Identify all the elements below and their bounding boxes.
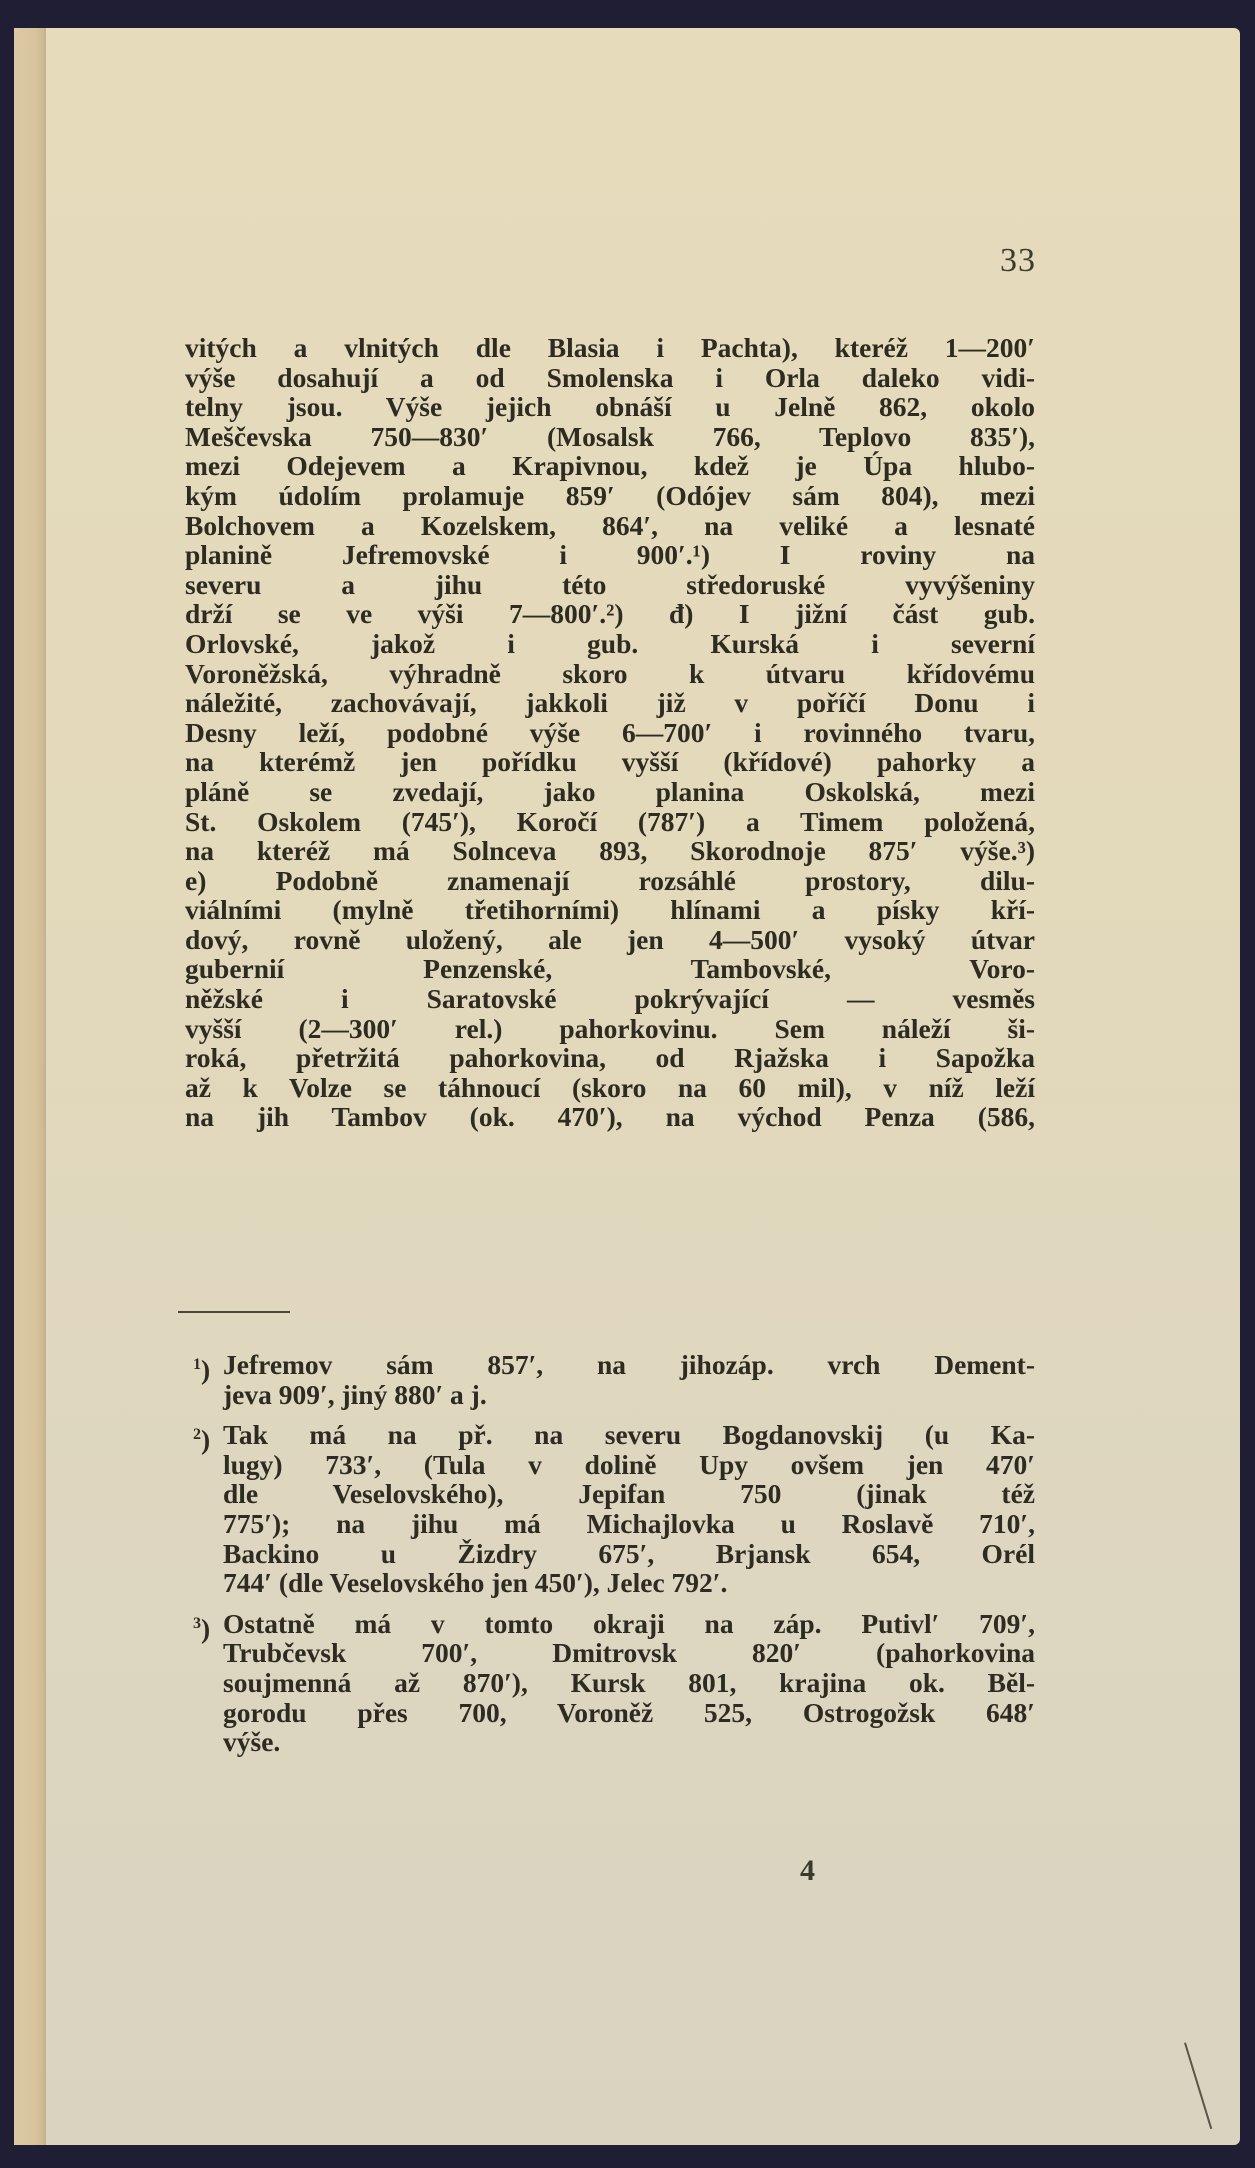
body-line: Voroněžská, výhradně skoro k útvaru kříd… <box>185 659 1035 689</box>
body-line: vyšší (2—300′ rel.) pahorkovinu. Sem nál… <box>185 1014 1035 1044</box>
footnote-marker: 3) <box>193 1609 210 1644</box>
footnote-line: 775′); na jihu má Michajlovka u Roslavě … <box>223 1509 1035 1539</box>
body-line: na kterémž jen pořídku vyšší (křídové) p… <box>185 747 1035 777</box>
footnote-line: 744′ (dle Veselovského jen 450′), Jelec … <box>223 1568 1035 1598</box>
footnote-3: 3) Ostatně má v tomto okraji na záp. Put… <box>185 1609 1035 1757</box>
body-line: až k Volze se táhnoucí (skoro na 60 mil)… <box>185 1073 1035 1103</box>
body-line: Orlovské, jakož i gub. Kurská i severní <box>185 629 1035 659</box>
body-line: e) Podobně znamenají rozsáhlé prostory, … <box>185 866 1035 896</box>
body-line: výše dosahují a od Smolenska i Orla dale… <box>185 363 1035 393</box>
footnote-line: výše. <box>223 1727 1035 1757</box>
footnote-line: Ostatně má v tomto okraji na záp. Putivl… <box>223 1609 1035 1639</box>
footnote-line: lugy) 733′, (Tula v dolině Upy ovšem jen… <box>223 1450 1035 1480</box>
footnote-line: dle Veselovského), Jepifan 750 (jinak té… <box>223 1479 1035 1509</box>
body-line: vitých a vlnitých dle Blasia i Pachta), … <box>185 333 1035 363</box>
footnote-separator <box>178 1311 290 1313</box>
body-line: na kteréž má Solnceva 893, Skorodnoje 87… <box>185 836 1035 866</box>
footnote-line: jeva 909′, jiný 880′ a j. <box>223 1380 1035 1410</box>
body-line: něžské i Saratovské pokrývající — vesměs <box>185 984 1035 1014</box>
body-line: dový, rovně uložený, ale jen 4—500′ vyso… <box>185 925 1035 955</box>
footnote-marker: 2) <box>193 1420 210 1455</box>
footnote-2: 2) Tak má na př. na severu Bogdanovskij … <box>185 1420 1035 1598</box>
footnote-line: Jefremov sám 857′, na jihozáp. vrch Deme… <box>223 1350 1035 1380</box>
body-line: Desny leží, podobné výše 6—700′ i rovinn… <box>185 718 1035 748</box>
signature-mark: 4 <box>800 1854 815 1888</box>
page-scratch-mark <box>1184 2042 1212 2129</box>
body-line: gubernií Penzenské, Tambovské, Voro- <box>185 954 1035 984</box>
footnote-line: gorodu přes 700, Voroněž 525, Ostrogožsk… <box>223 1698 1035 1728</box>
body-line: severu a jihu této středoruské vyvýšenin… <box>185 570 1035 600</box>
body-line: planině Jefremovské i 900′.¹) I roviny n… <box>185 540 1035 570</box>
body-line: pláně se zvedají, jako planina Oskolská,… <box>185 777 1035 807</box>
body-line: náležité, zachovávají, jakkoli již v poř… <box>185 688 1035 718</box>
book-page: 33 vitých a vlnitých dle Blasia i Pachta… <box>14 28 1240 2145</box>
body-line: Bolchovem a Kozelskem, 864′, na veliké a… <box>185 511 1035 541</box>
footnote-line: Tak má na př. na severu Bogdanovskij (u … <box>223 1420 1035 1450</box>
body-line: mezi Odejevem a Krapivnou, kdež je Úpa h… <box>185 451 1035 481</box>
body-line: na jih Tambov (ok. 470′), na východ Penz… <box>185 1102 1035 1132</box>
body-line: St. Oskolem (745′), Koročí (787′) a Time… <box>185 807 1035 837</box>
footnote-line: Backino u Žizdry 675′, Brjansk 654, Orél <box>223 1539 1035 1569</box>
footnote-1: 1) Jefremov sám 857′, na jihozáp. vrch D… <box>185 1350 1035 1409</box>
body-text: vitých a vlnitých dle Blasia i Pachta), … <box>185 333 1035 1132</box>
page-gutter <box>14 28 46 2145</box>
footnote-line: soujmenná až 870′), Kursk 801, krajina o… <box>223 1668 1035 1698</box>
footnote-marker: 1) <box>193 1350 210 1385</box>
body-line: roká, přetržitá pahorkovina, od Rjažska … <box>185 1043 1035 1073</box>
body-line: Meščevska 750—830′ (Mosalsk 766, Teplovo… <box>185 422 1035 452</box>
page-number: 33 <box>1000 242 1036 280</box>
body-line: viálními (mylně třetihorními) hlínami a … <box>185 895 1035 925</box>
body-line: telny jsou. Výše jejich obnáší u Jelně 8… <box>185 392 1035 422</box>
footnote-line: Trubčevsk 700′, Dmitrovsk 820′ (pahorkov… <box>223 1638 1035 1668</box>
body-line: drží se ve výši 7—800′.²) đ) I jižní čás… <box>185 599 1035 629</box>
footnotes: 1) Jefremov sám 857′, na jihozáp. vrch D… <box>185 1350 1035 1768</box>
body-line: kým údolím prolamuje 859′ (Odójev sám 80… <box>185 481 1035 511</box>
